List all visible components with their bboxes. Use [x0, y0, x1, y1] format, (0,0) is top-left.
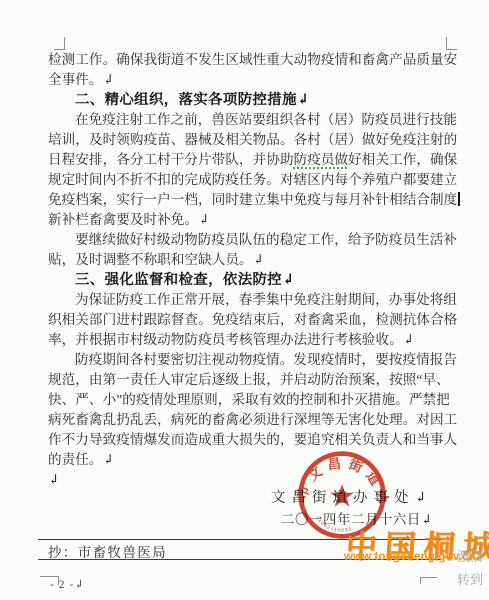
text-cursor: [458, 192, 460, 206]
text-line[interactable]: 规范，由第一责任人审定后逐级上报，并启动防治预案，按照“早、: [48, 370, 460, 390]
text-line[interactable]: 率，并根据市村级动物防疫员考核管理办法进行考核验收。↲: [48, 330, 460, 350]
text-line[interactable]: 日程安排，各分工村干分片带队，并协助防疫员做好相关工作，确保: [48, 150, 460, 170]
text-line[interactable]: 新补栏畜禽要及时补免。↲: [48, 210, 460, 230]
text-boundary-mark-top-right: [446, 37, 457, 50]
text-line[interactable]: 要继续做好村级动物防疫员队伍的稳定工作，给予防疫员生活补: [48, 230, 460, 250]
text-line[interactable]: 的责任。↲: [48, 450, 460, 470]
text-line[interactable]: 作不力导致疫情爆发而造成重大损失的，要追究相关负责人和当事人: [48, 430, 460, 450]
text-boundary-mark-top-left: [54, 37, 65, 50]
page-number: - 2 -↲: [50, 577, 85, 591]
stamp-star-icon: ★: [328, 478, 356, 513]
text-boundary-mark-bottom-right: [420, 577, 437, 584]
text-line[interactable]: 规定时间内不折不扣的完成防疫任务。对辖区内每个养殖户都要建立: [48, 170, 460, 190]
activation-watermark-line1: 激活: [457, 546, 483, 565]
heading-line[interactable]: 二、精心组织，落实各项防控措施↲: [48, 90, 460, 110]
text-line[interactable]: 免疫档案，实行一户一档，同时建立集中免疫与每月补针相结合制度: [48, 190, 460, 210]
spellcheck-wavy-underline: [293, 164, 347, 169]
text-line[interactable]: 病死畜禽乱扔乱丢，病死的畜禽必须进行深埋等无害化处理。对因工: [48, 410, 460, 430]
document-page: 检测工作。确保我街道不发生区域性重大动物疫情和畜禽产品质量安全事件。↲二、精心组…: [0, 0, 489, 600]
document-body[interactable]: 检测工作。确保我街道不发生区域性重大动物疫情和畜禽产品质量安全事件。↲二、精心组…: [48, 50, 460, 490]
activation-watermark-line2: 转到: [457, 569, 483, 588]
text-line[interactable]: 织相关部门进村跟踪督查。免疫结束后，对畜禽采血，检测抗体合格: [48, 310, 460, 330]
text-line[interactable]: 在免疫注射工作之前，兽医站要组织各村（居）防疫员进行技能: [48, 110, 460, 130]
text-line[interactable]: 贴，及时调整不称职和空缺人员。↲: [48, 250, 460, 270]
text-line[interactable]: 检测工作。确保我街道不发生区域性重大动物疫情和畜禽产品质量安: [48, 50, 460, 70]
heading-line[interactable]: 三、强化监督和检查，依法防控↲: [48, 270, 460, 290]
text-line[interactable]: 防疫期间各村要密切注视动物疫情。发现疫情时，要按疫情报告: [48, 350, 460, 370]
text-line[interactable]: 快、严、小”的疫情处理原则，采取有效的控制和扑灭措施。严禁把: [48, 390, 460, 410]
text-line[interactable]: 培训，及时领购疫苗、器械及相关物品。各村（居）做好免疫注射的: [48, 130, 460, 150]
text-line[interactable]: 全事件。↲: [48, 70, 460, 90]
site-watermark-url[interactable]: www.tongcheng.gov.cn: [344, 551, 476, 563]
text-line[interactable]: 为保证防疫工作正常开展，春季集中免疫注射期间，办事处将组: [48, 290, 460, 310]
